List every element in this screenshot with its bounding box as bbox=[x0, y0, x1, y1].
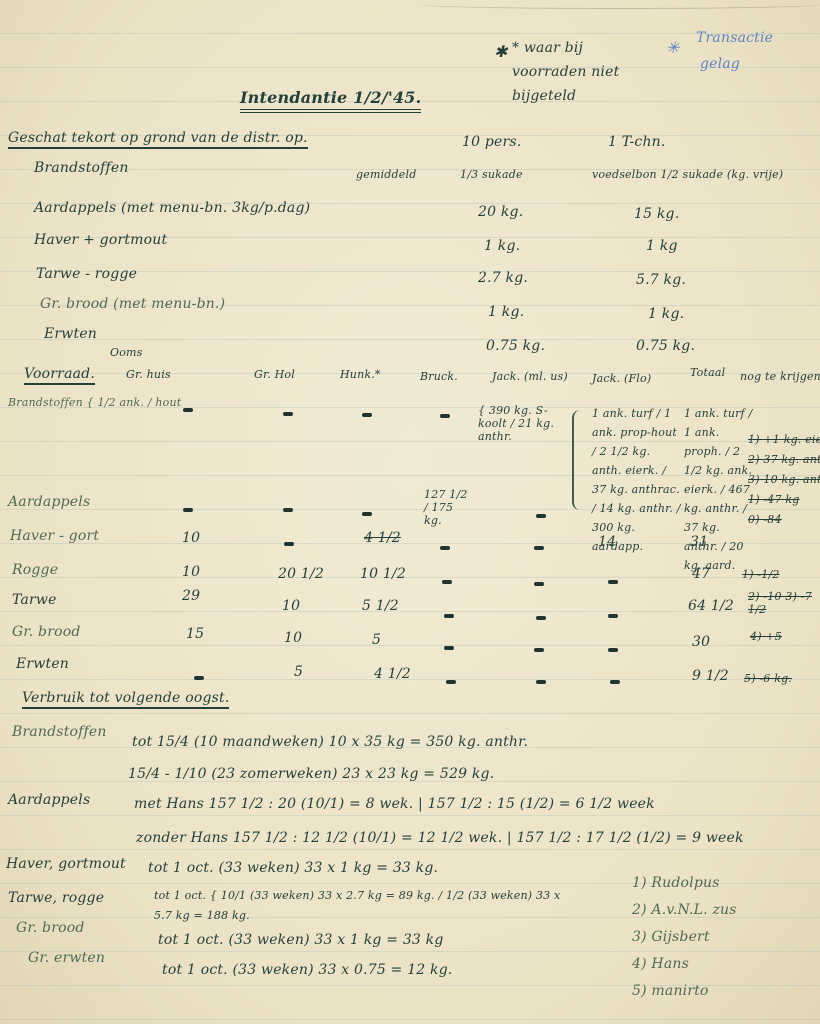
s2-cell: 10 bbox=[182, 530, 200, 546]
s2-cell: 10 1/2 bbox=[360, 566, 406, 582]
s2-cell: 1) -1/2 bbox=[742, 568, 780, 581]
s2-header-gr-huis: Gr. huis bbox=[126, 368, 171, 381]
s1-row-value: 1 kg. bbox=[484, 238, 520, 254]
footnote: 3) Gijsbert bbox=[632, 924, 737, 951]
dash-mark bbox=[608, 648, 618, 652]
s2-cell: 5 bbox=[372, 632, 381, 648]
s2-cell: 4 1/2 bbox=[364, 530, 401, 546]
dash-mark bbox=[534, 582, 544, 586]
dash-mark bbox=[440, 414, 450, 418]
s2-cell: 31 bbox=[690, 534, 708, 550]
s2-cell: 30 bbox=[692, 634, 710, 650]
s2-row-label-gr-brood: Gr. brood bbox=[12, 624, 81, 640]
s2-brandstoffen-side-notes: 1) +1 kg. eierk. 2) 37 kg. anthr. 3) 10 … bbox=[748, 430, 820, 530]
dash-mark bbox=[608, 614, 618, 618]
brace bbox=[572, 410, 580, 510]
dash-mark bbox=[536, 680, 546, 684]
s2-row-label-erwten: Erwten bbox=[16, 656, 69, 672]
dash-mark bbox=[283, 508, 293, 512]
blue-note-line-1: Transactie bbox=[696, 30, 773, 46]
subheader-gemiddeld: gemiddeld bbox=[356, 168, 416, 181]
s3-line: tot 15/4 (10 maandweken) 10 x 35 kg = 35… bbox=[132, 734, 528, 750]
dash-mark bbox=[536, 514, 546, 518]
s2-cell: 10 bbox=[182, 564, 200, 580]
s3-label: Aardappels bbox=[8, 792, 90, 808]
footnote: 1) Rudolpus bbox=[632, 870, 737, 897]
blue-note-line-2: gelag bbox=[700, 56, 740, 72]
col-header-10-pers: 10 pers. bbox=[462, 134, 521, 150]
dash-mark bbox=[446, 680, 456, 684]
dash-mark bbox=[440, 546, 450, 550]
s1-row-value: 1 kg. bbox=[648, 306, 684, 322]
s2-cell: 2) -10 3) -7 1/2 bbox=[748, 590, 818, 616]
dash-mark bbox=[444, 614, 454, 618]
dash-mark bbox=[608, 580, 618, 584]
s2-cell: 64 1/2 bbox=[688, 598, 734, 614]
s2-cell: 10 bbox=[284, 630, 302, 646]
s1-row-value: 5.7 kg. bbox=[636, 272, 686, 288]
dash-mark bbox=[534, 648, 544, 652]
s3-line: met Hans 157 1/2 : 20 (10/1) = 8 wek. | … bbox=[134, 796, 655, 812]
s1-row-value: 2.7 kg. bbox=[478, 270, 528, 286]
s1-row-label: Tarwe - rogge bbox=[36, 266, 137, 282]
dash-mark bbox=[534, 546, 544, 550]
section1-heading: Geschat tekort op grond van de distr. op… bbox=[8, 130, 308, 149]
s2-cell: 9 1/2 bbox=[692, 668, 729, 684]
s2-cell: 5 bbox=[294, 664, 303, 680]
s3-line: 15/4 - 1/10 (23 zomerweken) 23 x 23 kg =… bbox=[128, 766, 494, 782]
s2-row-label-brandstoffen: Brandstoffen { 1/2 ank. / hout bbox=[8, 396, 181, 409]
black-star-icon: ✱ bbox=[494, 42, 508, 61]
s2-row-label-haver: Haver - gort bbox=[10, 528, 99, 544]
s1-row-label: Haver + gortmout bbox=[34, 232, 167, 248]
dash-mark bbox=[536, 616, 546, 620]
handwritten-page: ✱ * waar bij voorraden niet bijgeteld ✳ … bbox=[0, 0, 820, 1024]
section2-heading: Voorraad. bbox=[24, 366, 95, 385]
blue-star-icon: ✳ bbox=[666, 38, 680, 57]
s3-label: Gr. brood bbox=[16, 920, 85, 936]
s2-cell: 14 bbox=[598, 534, 616, 550]
s3-label: Haver, gortmout bbox=[6, 856, 126, 872]
s2-header-jack-flo: Jack. (Flo) bbox=[592, 372, 651, 385]
dash-mark bbox=[183, 408, 193, 412]
s2-cell: 15 bbox=[186, 626, 204, 642]
s2-header-ooms: Ooms bbox=[110, 346, 143, 359]
s3-label: Brandstoffen bbox=[12, 724, 107, 740]
subheader-sukade: 1/3 sukade bbox=[460, 168, 523, 181]
s1-row-label: Gr. brood (met menu-bn.) bbox=[40, 296, 225, 312]
s1-row-value: 0.75 kg. bbox=[636, 338, 695, 354]
s2-header-nog-te-krijgen: nog te krijgen bbox=[740, 370, 820, 383]
s1-row-value: 15 kg. bbox=[634, 206, 679, 222]
s2-row-label-tarwe: Tarwe bbox=[12, 592, 57, 608]
s2-header-jack-ml: Jack. (ml. us) bbox=[492, 370, 568, 383]
black-note-line-1: * waar bij bbox=[512, 40, 583, 56]
s3-label: Gr. erwten bbox=[28, 950, 105, 966]
dash-mark bbox=[442, 580, 452, 584]
s1-row-label: Aardappels (met menu-bn. 3kg/p.dag) bbox=[34, 200, 310, 216]
section3-heading: Verbruik tot volgende oogst. bbox=[22, 690, 229, 709]
s2-header-gr-hol: Gr. Hol bbox=[254, 368, 295, 381]
dash-mark bbox=[283, 412, 293, 416]
s3-label: Tarwe, rogge bbox=[8, 890, 104, 906]
torn-edge bbox=[420, 0, 820, 9]
footnote: 4) Hans bbox=[632, 951, 737, 978]
s2-cell: 5 1/2 bbox=[362, 598, 399, 614]
s3-line: tot 1 oct. (33 weken) 33 x 0.75 = 12 kg. bbox=[162, 962, 453, 978]
s1-row-value: 20 kg. bbox=[478, 204, 523, 220]
footnote: 5) manirto bbox=[632, 978, 737, 1005]
dash-mark bbox=[194, 676, 204, 680]
s1-row-label: Brandstoffen bbox=[34, 160, 129, 176]
footnotes: 1) Rudolpus 2) A.v.N.L. zus 3) Gijsbert … bbox=[632, 870, 737, 1005]
s1-row-value: 1 kg. bbox=[488, 304, 524, 320]
s2-cell: 10 bbox=[282, 598, 300, 614]
subheader-voedselbon: voedselbon 1/2 sukade (kg. vrije) bbox=[592, 168, 783, 181]
s2-cell: 4 1/2 bbox=[374, 666, 411, 682]
s1-row-value: 0.75 kg. bbox=[486, 338, 545, 354]
dash-mark bbox=[362, 512, 372, 516]
s2-cell: 47 bbox=[692, 566, 710, 582]
s2-row-label-aardappels: Aardappels bbox=[8, 494, 90, 510]
dash-mark bbox=[362, 413, 372, 417]
s2-aardappels-hunk: 127 1/2 / 175 kg. bbox=[424, 488, 474, 527]
dash-mark bbox=[284, 542, 294, 546]
s2-cell: 5) -6 kg. bbox=[744, 672, 792, 685]
s3-line: tot 1 oct. (33 weken) 33 x 1 kg = 33 kg. bbox=[148, 860, 438, 876]
black-note-line-3: bijgeteld bbox=[512, 88, 576, 104]
s2-cell: 29 bbox=[182, 588, 200, 604]
s2-brandstoffen-jack-ml: { 390 kg. S-koolt / 21 kg. anthr. bbox=[478, 404, 568, 443]
s2-header-bruck: Bruck. bbox=[420, 370, 458, 383]
s1-row-value: 1 kg bbox=[646, 238, 678, 254]
s2-cell: 20 1/2 bbox=[278, 566, 324, 582]
s2-row-label-rogge: Rogge bbox=[12, 562, 58, 578]
s3-line: tot 1 oct. { 10/1 (33 weken) 33 x 2.7 kg… bbox=[154, 886, 574, 926]
dash-mark bbox=[610, 680, 620, 684]
dash-mark bbox=[183, 508, 193, 512]
s2-header-totaal: Totaal bbox=[690, 366, 725, 379]
page-title: Intendantie 1/2/'45. bbox=[240, 88, 421, 113]
footnote: 2) A.v.N.L. zus bbox=[632, 897, 737, 924]
dash-mark bbox=[444, 646, 454, 650]
s3-line: tot 1 oct. (33 weken) 33 x 1 kg = 33 kg bbox=[158, 932, 444, 948]
s3-line: zonder Hans 157 1/2 : 12 1/2 (10/1) = 12… bbox=[136, 830, 744, 846]
col-header-1-t-chn: 1 T-chn. bbox=[608, 134, 666, 150]
s1-row-label: Erwten bbox=[44, 326, 97, 342]
black-note-line-2: voorraden niet bbox=[512, 64, 619, 80]
s2-cell: 4) +5 bbox=[750, 630, 782, 643]
s2-header-hunk: Hunk.* bbox=[340, 368, 381, 381]
